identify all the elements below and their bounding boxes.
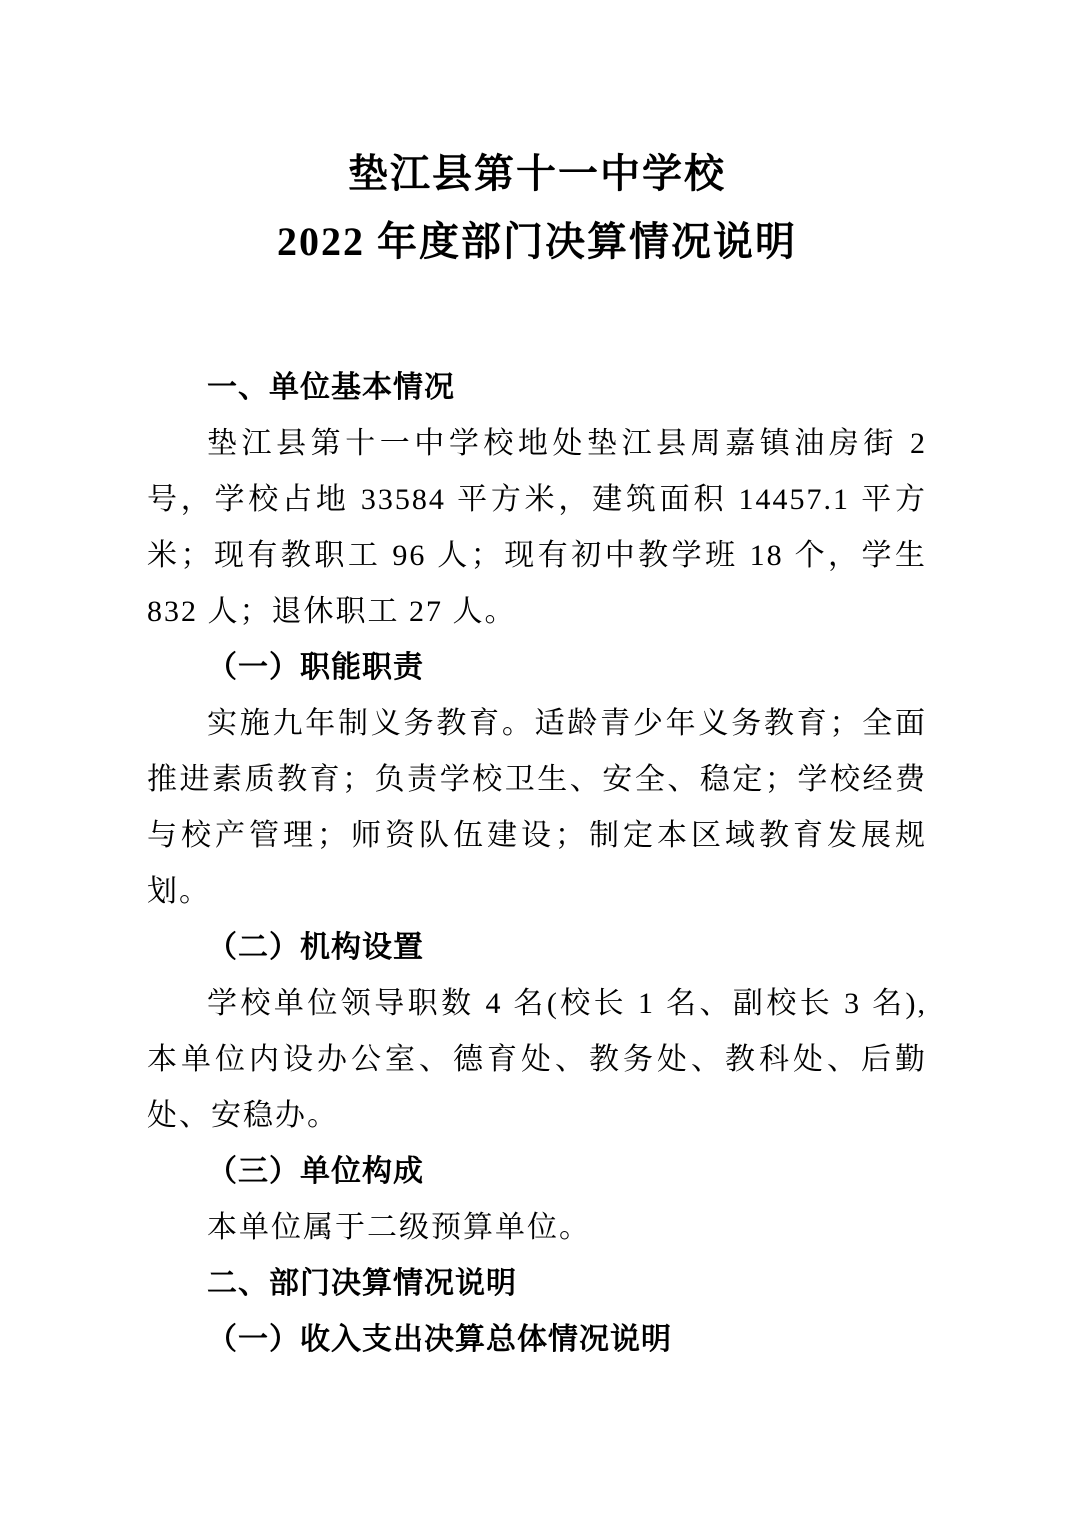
paragraph: 学校单位领导职数 4 名(校长 1 名、副校长 3 名), 本单位内设办公室、德… bbox=[147, 976, 927, 1144]
document-title: 垫江县第十一中学校 2022 年度部门决算情况说明 bbox=[0, 140, 1074, 276]
heading-level2: （二）机构设置 bbox=[147, 920, 927, 976]
paragraph: 垫江县第十一中学校地处垫江县周嘉镇油房街 2 号，学校占地 33584 平方米，… bbox=[147, 416, 927, 640]
heading-level2: （一）职能职责 bbox=[147, 640, 927, 696]
document-page: 垫江县第十一中学校 2022 年度部门决算情况说明 一、单位基本情况垫江县第十一… bbox=[0, 0, 1074, 1520]
paragraph: 实施九年制义务教育。适龄青少年义务教育；全面推进素质教育；负责学校卫生、安全、稳… bbox=[147, 696, 927, 920]
heading-level1: 二、部门决算情况说明 bbox=[147, 1256, 927, 1312]
title-line-1: 垫江县第十一中学校 bbox=[0, 140, 1074, 208]
heading-level2: （一）收入支出决算总体情况说明 bbox=[147, 1312, 927, 1368]
heading-level2: （三）单位构成 bbox=[147, 1144, 927, 1200]
heading-level1: 一、单位基本情况 bbox=[147, 360, 927, 416]
title-line-2: 2022 年度部门决算情况说明 bbox=[0, 208, 1074, 276]
document-body: 一、单位基本情况垫江县第十一中学校地处垫江县周嘉镇油房街 2 号，学校占地 33… bbox=[147, 360, 927, 1368]
paragraph: 本单位属于二级预算单位。 bbox=[147, 1200, 927, 1256]
